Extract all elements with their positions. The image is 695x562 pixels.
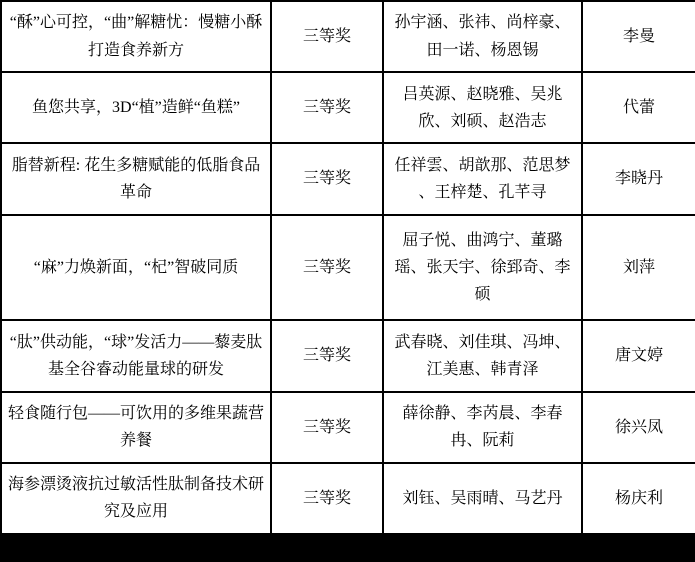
table-row: 轻食随行包——可饮用的多维果蔬营养餐 三等奖 薛徐静、李芮晨、李春冉、阮莉 徐兴…	[1, 392, 695, 463]
project-name-cell: 轻食随行包——可饮用的多维果蔬营养餐	[1, 392, 271, 463]
award-level-cell: 三等奖	[271, 143, 383, 214]
team-members-cell: 薛徐静、李芮晨、李春冉、阮莉	[383, 392, 582, 463]
project-name-cell: “麻”力焕新面，“杞”智破同质	[1, 215, 271, 321]
advisor-cell: 代蕾	[582, 72, 695, 143]
project-name-cell: 脂替新程: 花生多糖赋能的低脂食品革命	[1, 143, 271, 214]
advisor-cell: 唐文婷	[582, 320, 695, 391]
project-name-cell: “酥”心可控，“曲”解糖忧：慢糖小酥打造食养新方	[1, 1, 271, 72]
award-level-cell: 三等奖	[271, 392, 383, 463]
advisor-cell: 徐兴凤	[582, 392, 695, 463]
award-level-cell: 三等奖	[271, 1, 383, 72]
award-level-cell: 三等奖	[271, 463, 383, 534]
project-name-cell: “肽”供动能，“球”发活力——藜麦肽基全谷睿动能量球的研发	[1, 320, 271, 391]
team-members-cell: 屈子悦、曲鸿宁、董璐瑶、张天宇、徐郅奇、李硕	[383, 215, 582, 321]
project-name-cell: 鱼您共享，3D“植”造鲜“鱼糕”	[1, 72, 271, 143]
team-members-cell: 武春晓、刘佳琪、冯坤、江美惠、韩青泽	[383, 320, 582, 391]
project-name-cell: 海参漂烫液抗过敏活性肽制备技术研究及应用	[1, 463, 271, 534]
table-row: 海参漂烫液抗过敏活性肽制备技术研究及应用 三等奖 刘钰、吴雨晴、马艺丹 杨庆利	[1, 463, 695, 534]
award-table-body: “酥”心可控，“曲”解糖忧：慢糖小酥打造食养新方 三等奖 孙宇涵、张祎、尚梓豪、…	[1, 1, 695, 534]
advisor-cell: 杨庆利	[582, 463, 695, 534]
document-page: “酥”心可控，“曲”解糖忧：慢糖小酥打造食养新方 三等奖 孙宇涵、张祎、尚梓豪、…	[0, 0, 695, 562]
team-members-cell: 吕英源、赵晓雅、吴兆欣、刘硕、赵浩志	[383, 72, 582, 143]
award-level-cell: 三等奖	[271, 215, 383, 321]
advisor-cell: 李晓丹	[582, 143, 695, 214]
award-table: “酥”心可控，“曲”解糖忧：慢糖小酥打造食养新方 三等奖 孙宇涵、张祎、尚梓豪、…	[0, 0, 695, 535]
table-row: “麻”力焕新面，“杞”智破同质 三等奖 屈子悦、曲鸿宁、董璐瑶、张天宇、徐郅奇、…	[1, 215, 695, 321]
team-members-cell: 任祥雲、胡歆那、范思梦 、王梓楚、孔芊寻	[383, 143, 582, 214]
advisor-cell: 李曼	[582, 1, 695, 72]
table-row: 脂替新程: 花生多糖赋能的低脂食品革命 三等奖 任祥雲、胡歆那、范思梦 、王梓楚…	[1, 143, 695, 214]
table-row: “肽”供动能，“球”发活力——藜麦肽基全谷睿动能量球的研发 三等奖 武春晓、刘佳…	[1, 320, 695, 391]
advisor-cell: 刘萍	[582, 215, 695, 321]
award-level-cell: 三等奖	[271, 72, 383, 143]
table-row: “酥”心可控，“曲”解糖忧：慢糖小酥打造食养新方 三等奖 孙宇涵、张祎、尚梓豪、…	[1, 1, 695, 72]
team-members-cell: 刘钰、吴雨晴、马艺丹	[383, 463, 582, 534]
table-row: 鱼您共享，3D“植”造鲜“鱼糕” 三等奖 吕英源、赵晓雅、吴兆欣、刘硕、赵浩志 …	[1, 72, 695, 143]
team-members-cell: 孙宇涵、张祎、尚梓豪、田一诺、杨恩锡	[383, 1, 582, 72]
award-level-cell: 三等奖	[271, 320, 383, 391]
